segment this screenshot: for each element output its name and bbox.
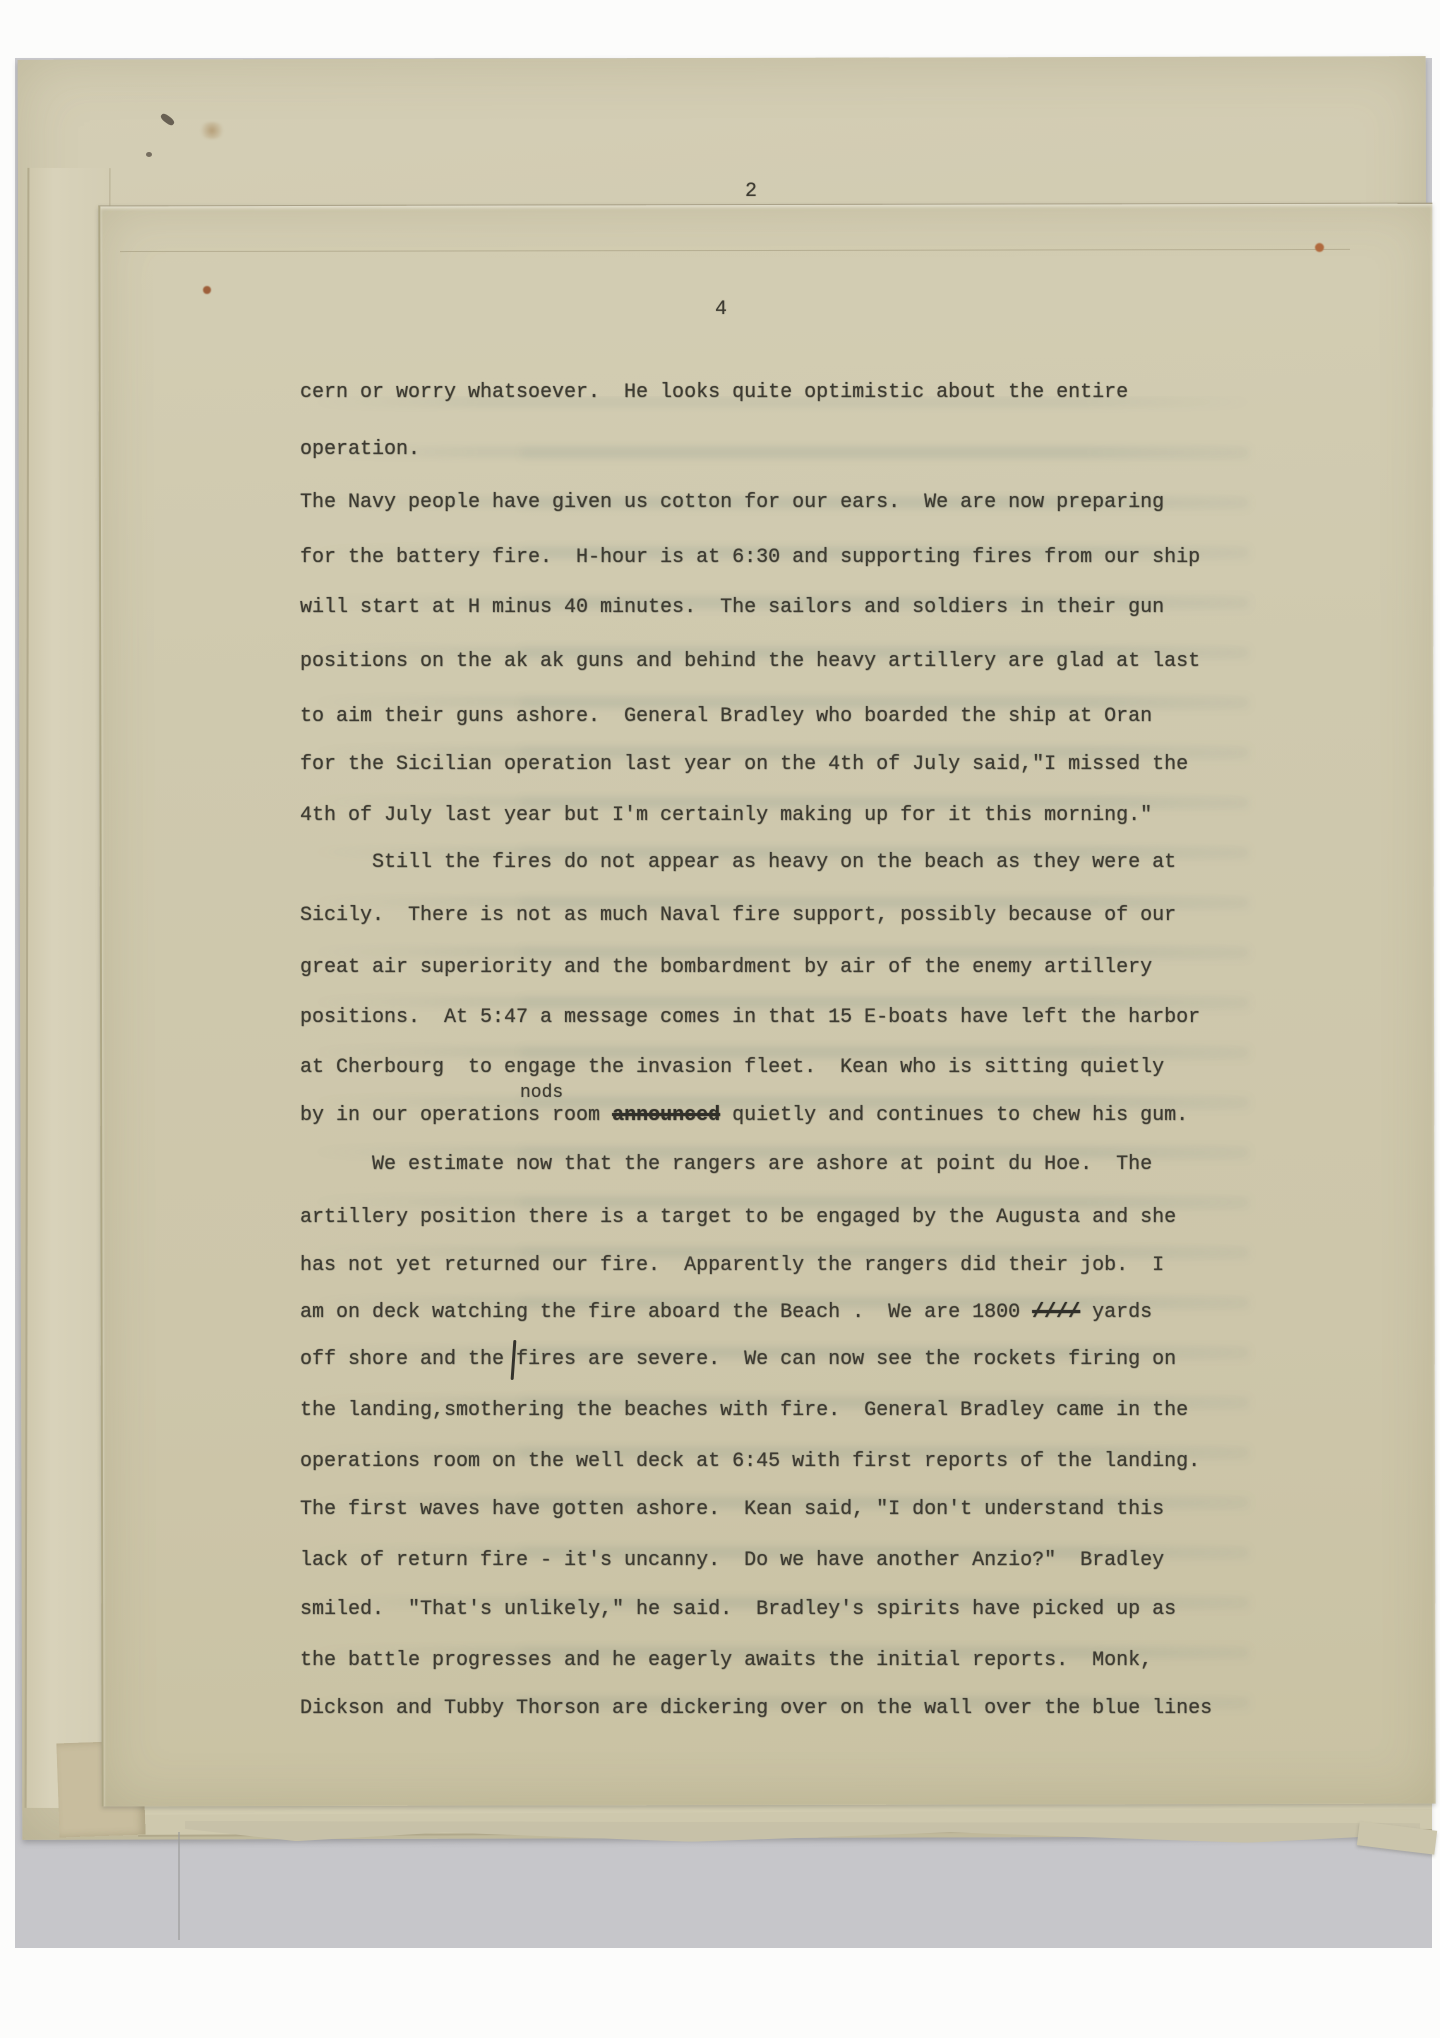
struck-out-word: announced — [612, 1104, 720, 1127]
typed-line: at Cherbourg to engage the invasion flee… — [300, 1056, 1164, 1080]
typed-text-segment: quietly and continues to chew his gum. — [720, 1104, 1188, 1127]
typed-text-segment: The first waves have gotten ashore. Kean… — [300, 1498, 1164, 1521]
typed-line: positions. At 5:47 a message comes in th… — [300, 1006, 1200, 1030]
typed-text-segment: operations room on the well deck at 6:45… — [300, 1450, 1200, 1473]
typed-text-segment: positions. At 5:47 a message comes in th… — [300, 1006, 1200, 1029]
typed-text-segment: positions on the ak ak guns and behind t… — [300, 650, 1200, 673]
typed-line: the battle progresses and he eagerly awa… — [300, 1649, 1152, 1673]
typed-text-segment: am on deck watching the fire aboard the … — [300, 1301, 1032, 1324]
typed-line: artillery position there is a target to … — [300, 1206, 1176, 1230]
typed-text-segment: smiled. "That's unlikely," he said. Brad… — [300, 1598, 1176, 1621]
typed-text-segment: by in our operations room — [300, 1104, 612, 1127]
typed-line: off shore and the fires are severe. We c… — [300, 1348, 1176, 1372]
typed-line: Sicily. There is not as much Naval fire … — [300, 904, 1176, 928]
typed-line: We estimate now that the rangers are ash… — [372, 1153, 1152, 1177]
typed-text-segment: for the Sicilian operation last year on … — [300, 753, 1188, 776]
typed-line: The first waves have gotten ashore. Kean… — [300, 1498, 1164, 1522]
typed-line: positions on the ak ak guns and behind t… — [300, 650, 1200, 674]
typed-line: will start at H minus 40 minutes. The sa… — [300, 596, 1164, 620]
typed-text-segment: for the battery fire. H-hour is at 6:30 … — [300, 546, 1200, 569]
page-number: 4 — [715, 298, 727, 321]
scanner-seam-line — [178, 1832, 180, 1940]
stain-speck — [146, 152, 152, 157]
typed-text-segment: The Navy people have given us cotton for… — [300, 491, 1164, 514]
typed-text-segment: yards — [1080, 1301, 1152, 1324]
typed-text-segment: will start at H minus 40 minutes. The sa… — [300, 596, 1164, 619]
typed-line: great air superiority and the bombardmen… — [300, 956, 1152, 980]
typed-line: for the Sicilian operation last year on … — [300, 753, 1188, 777]
stain-smudge — [198, 122, 226, 139]
typed-line: lack of return fire - it's uncanny. Do w… — [300, 1549, 1164, 1573]
typed-text-segment: Still the fires do not appear as heavy o… — [372, 851, 1176, 874]
scanned-document-canvas: 2 4 cern or worry whatsoever. He looks q… — [0, 0, 1440, 2038]
page-number-back: 2 — [745, 180, 757, 203]
typed-line: operations room on the well deck at 6:45… — [300, 1450, 1200, 1474]
typed-text-segment: Sicily. There is not as much Naval fire … — [300, 904, 1176, 927]
typed-line: The Navy people have given us cotton for… — [300, 491, 1164, 515]
typed-text-segment: great air superiority and the bombardmen… — [300, 956, 1152, 979]
typed-line: has not yet returned our fire. Apparentl… — [300, 1254, 1164, 1278]
typed-text-segment: at Cherbourg to engage the invasion flee… — [300, 1056, 1164, 1079]
typed-line: am on deck watching the fire aboard the … — [300, 1301, 1152, 1325]
stain-speck — [1315, 243, 1324, 252]
typed-line: to aim their guns ashore. General Bradle… — [300, 705, 1152, 729]
typed-text-segment: cern or worry whatsoever. He looks quite… — [300, 381, 1128, 404]
page-stack-left-edge — [25, 168, 111, 1808]
typed-text-segment: operation. — [300, 438, 420, 461]
typed-text-segment: lack of return fire - it's uncanny. Do w… — [300, 1549, 1164, 1572]
typed-text-segment: has not yet returned our fire. Apparentl… — [300, 1254, 1164, 1277]
typed-line: the landing,smothering the beaches with … — [300, 1399, 1188, 1423]
typed-text-segment: to aim their guns ashore. General Bradle… — [300, 705, 1152, 728]
stain-speck — [203, 286, 211, 294]
typed-text-segment: the landing,smothering the beaches with … — [300, 1399, 1188, 1422]
typed-line: 4th of July last year but I'm certainly … — [300, 804, 1152, 828]
typed-text-segment: off shore and the fires are severe. We c… — [300, 1348, 1176, 1371]
typed-line: Still the fires do not appear as heavy o… — [372, 851, 1176, 875]
typed-line: cern or worry whatsoever. He looks quite… — [300, 381, 1128, 405]
typed-text-segment: Dickson and Tubby Thorson are dickering … — [300, 1697, 1212, 1720]
typed-line: operation. — [300, 438, 420, 462]
typed-text-segment: 4th of July last year but I'm certainly … — [300, 804, 1152, 827]
typed-line: smiled. "That's unlikely," he said. Brad… — [300, 1598, 1176, 1622]
typed-line: Dickson and Tubby Thorson are dickering … — [300, 1697, 1212, 1721]
inserted-word-nods: nods — [520, 1083, 563, 1103]
typed-line: for the battery fire. H-hour is at 6:30 … — [300, 546, 1200, 570]
typed-line: by in our operations room announced quie… — [300, 1104, 1188, 1128]
struck-out-word: //// — [1032, 1301, 1080, 1324]
typed-text-segment: We estimate now that the rangers are ash… — [372, 1153, 1152, 1176]
typed-text-segment: the battle progresses and he eagerly awa… — [300, 1649, 1152, 1672]
typed-text-segment: artillery position there is a target to … — [300, 1206, 1176, 1229]
